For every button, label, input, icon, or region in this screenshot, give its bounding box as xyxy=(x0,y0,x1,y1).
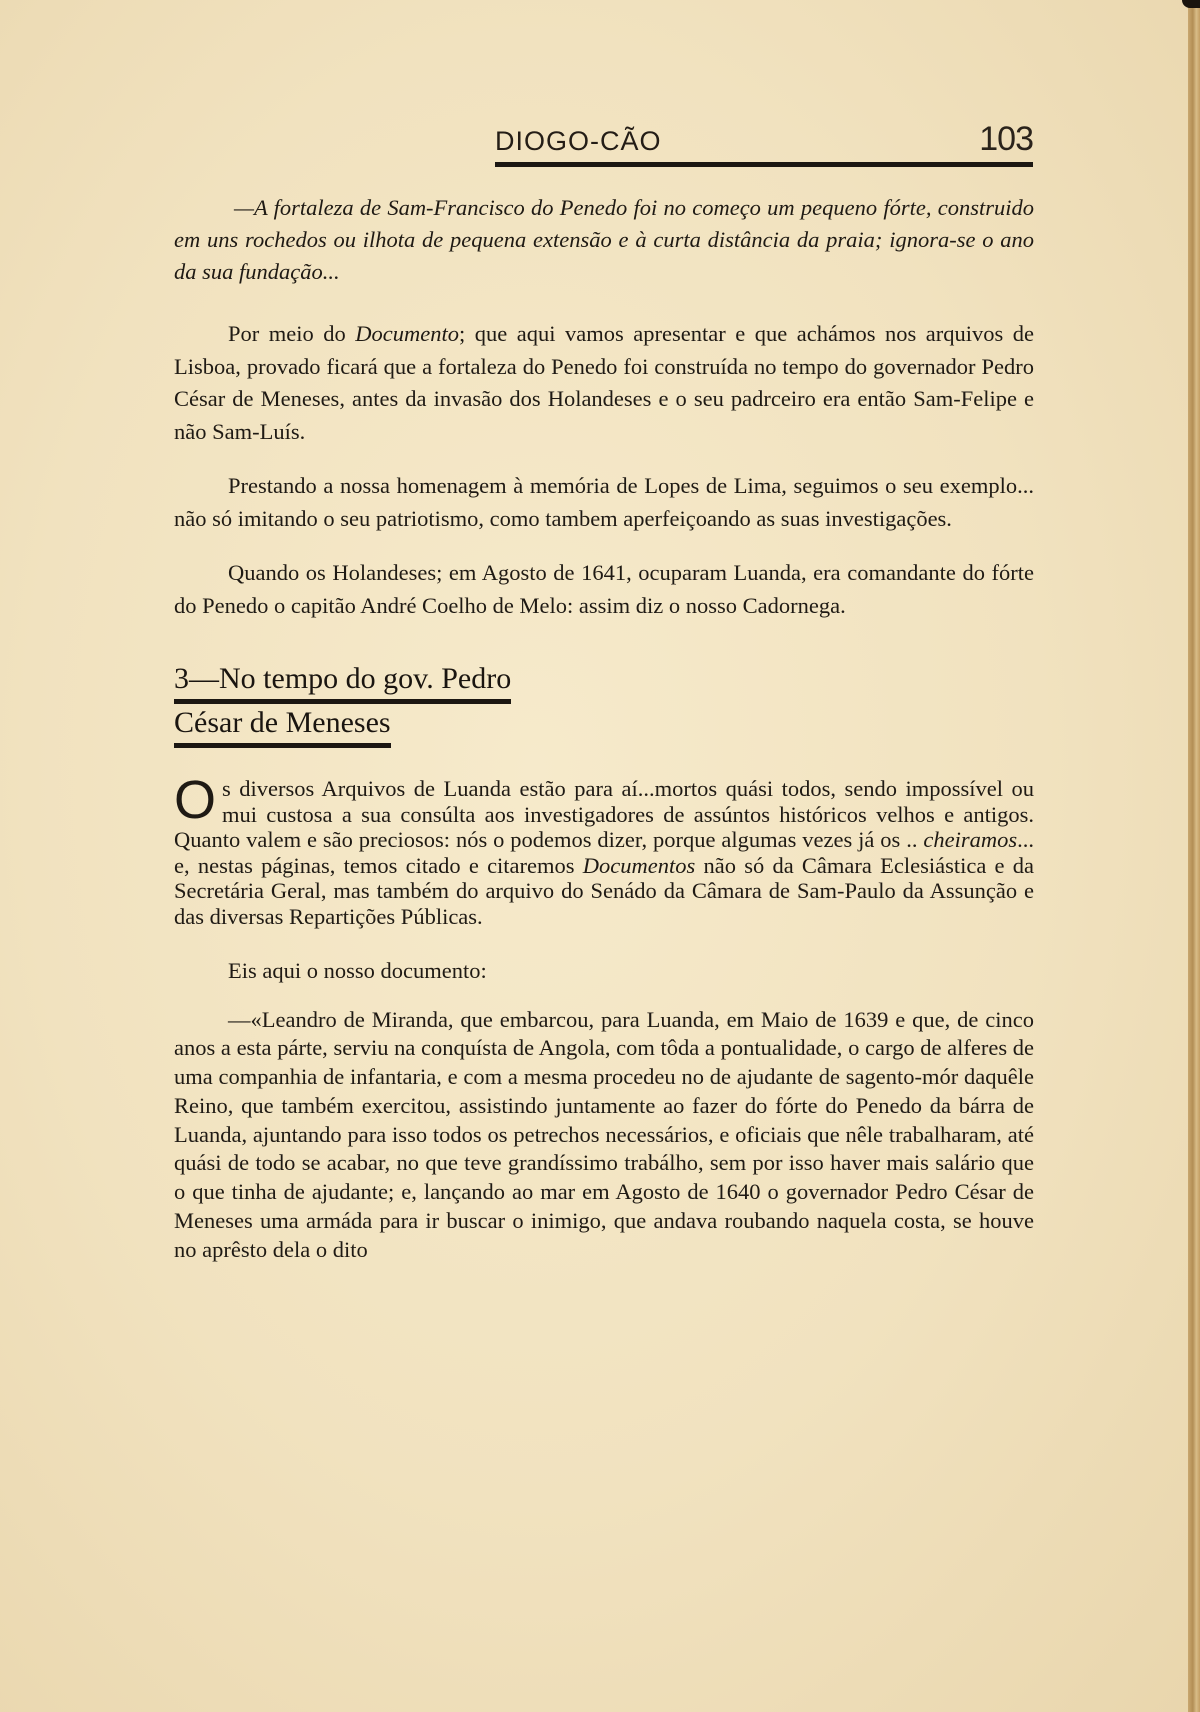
paragraph-documento: Por meio do Documento; que aqui vamos ap… xyxy=(174,318,1034,448)
paragraph-documento-intro: Eis aqui o nosso documento: xyxy=(174,955,1034,988)
section-heading: 3—No tempo do gov. Pedro César de Menese… xyxy=(174,662,1034,750)
paragraph-holandeses: Quando os Holandeses; em Agosto de 1641,… xyxy=(174,557,1034,622)
running-title: DIOGO-CÃO xyxy=(495,126,662,157)
section-heading-line-2: César de Meneses xyxy=(174,706,391,750)
page-header: DIOGO-CÃO 103 xyxy=(175,124,1033,164)
drop-cap: O xyxy=(174,778,216,822)
page-number: 103 xyxy=(979,120,1033,159)
book-page: DIOGO-CÃO 103 —A fortaleza de Sam-Franci… xyxy=(0,0,1188,1712)
italic-term: Documentos xyxy=(583,853,695,878)
italic-term: cheiramos xyxy=(923,827,1017,852)
paragraph-leandro-quote: —«Leandro de Miranda, que embarcou, para… xyxy=(174,1006,1034,1265)
page-edge xyxy=(1188,0,1200,1712)
paragraph-text: s diversos Arquivos de Luanda estão para… xyxy=(174,776,1034,852)
paragraph-arquivos: Os diversos Arquivos de Luanda estão par… xyxy=(174,776,1034,929)
paragraph-homenagem: Prestando a nossa homenagem à memória de… xyxy=(174,470,1034,535)
page-content: —A fortaleza de Sam-Francisco do Penedo … xyxy=(174,192,1034,1265)
paragraph-text: Por meio do xyxy=(228,321,355,346)
section-heading-line-1: 3—No tempo do gov. Pedro xyxy=(174,662,511,706)
epigraph-quote: —A fortaleza de Sam-Francisco do Penedo … xyxy=(174,192,1034,288)
italic-term: Documento xyxy=(355,321,459,346)
header-rule xyxy=(495,162,1033,167)
